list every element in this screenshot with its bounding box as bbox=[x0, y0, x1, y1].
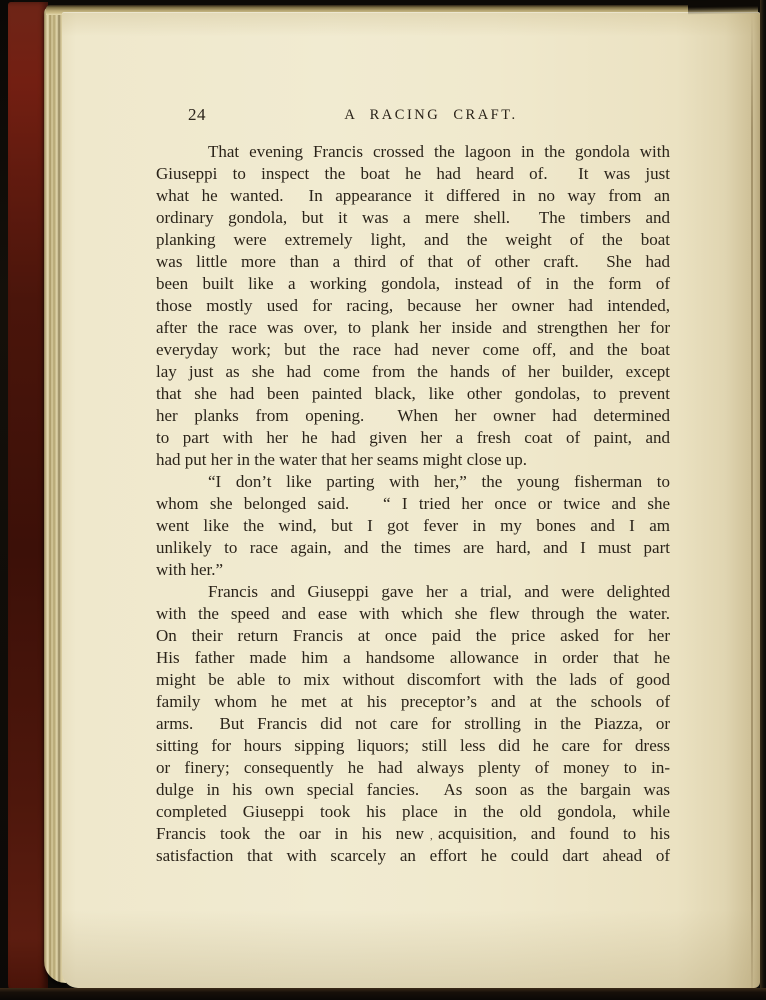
text-line: That evening Francis crossed the lagoon … bbox=[156, 141, 670, 163]
text-line: those mostly used for racing, because he… bbox=[156, 295, 670, 317]
text-line: lay just as she had come from the hands … bbox=[156, 361, 670, 383]
text-line: Giuseppi to inspect the boat he had hear… bbox=[156, 163, 670, 185]
page-right-edge bbox=[760, 0, 766, 1000]
text-line: completed Giuseppi took his place in the… bbox=[156, 801, 670, 823]
text-line: Francis and Giuseppi gave her a trial, a… bbox=[156, 581, 670, 603]
text-line: dulge in his own special fancies. As soo… bbox=[156, 779, 670, 801]
paragraph: Francis and Giuseppi gave her a trial, a… bbox=[156, 581, 670, 867]
text-line: family whom he met at his preceptor’s an… bbox=[156, 691, 670, 713]
text-line: went like the wind, but I got fever in m… bbox=[156, 515, 670, 537]
ink-speck-artifact: , bbox=[430, 831, 433, 842]
page-corner-shadow bbox=[688, 0, 766, 15]
running-header: 24 A RACING CRAFT. bbox=[156, 103, 670, 129]
text-line: “I don’t like parting with her,” the you… bbox=[156, 471, 670, 493]
text-line: whom she belonged said. “ I tried her on… bbox=[156, 493, 670, 515]
text-line: might be able to mix without discomfort … bbox=[156, 669, 670, 691]
paragraph: “I don’t like parting with her,” the you… bbox=[156, 471, 670, 581]
text-line: had put her in the water that her seams … bbox=[156, 449, 670, 471]
text-line: been built like a working gondola, inste… bbox=[156, 273, 670, 295]
text-line: His father made him a handsome allowance… bbox=[156, 647, 670, 669]
page-bottom-edge bbox=[0, 988, 766, 1000]
text-line: that she had been painted black, like ot… bbox=[156, 383, 670, 405]
text-line: her planks from opening. When her owner … bbox=[156, 405, 670, 427]
text-line: On their return Francis at once paid the… bbox=[156, 625, 670, 647]
chapter-running-title: A RACING CRAFT. bbox=[174, 107, 688, 124]
text-line: Francis took the oar in his new acquisit… bbox=[156, 823, 670, 845]
text-line: was little more than a third of that of … bbox=[156, 251, 670, 273]
paragraph: That evening Francis crossed the lagoon … bbox=[156, 141, 670, 471]
text-line: with her.” bbox=[156, 559, 670, 581]
scanned-book-photo: 24 A RACING CRAFT. That evening Francis … bbox=[0, 0, 766, 1000]
body-text: That evening Francis crossed the lagoon … bbox=[156, 141, 670, 867]
text-line: after the race was over, to plank her in… bbox=[156, 317, 670, 339]
text-line: with the speed and ease with which she f… bbox=[156, 603, 670, 625]
text-line: to part with her he had given her a fres… bbox=[156, 427, 670, 449]
text-line: everyday work; but the race had never co… bbox=[156, 339, 670, 361]
book-cover-spine bbox=[8, 2, 48, 998]
text-line: planking were extremely light, and the w… bbox=[156, 229, 670, 251]
text-line: satisfaction that with scarcely an effor… bbox=[156, 845, 670, 867]
text-line: what he wanted. In appearance it differe… bbox=[156, 185, 670, 207]
text-line: or finery; consequently he had always pl… bbox=[156, 757, 670, 779]
text-line: ordinary gondola, but it was a mere shel… bbox=[156, 207, 670, 229]
text-line: arms. But Francis did not care for strol… bbox=[156, 713, 670, 735]
text-line: unlikely to race again, and the times ar… bbox=[156, 537, 670, 559]
text-line: sitting for hours sipping liquors; still… bbox=[156, 735, 670, 757]
